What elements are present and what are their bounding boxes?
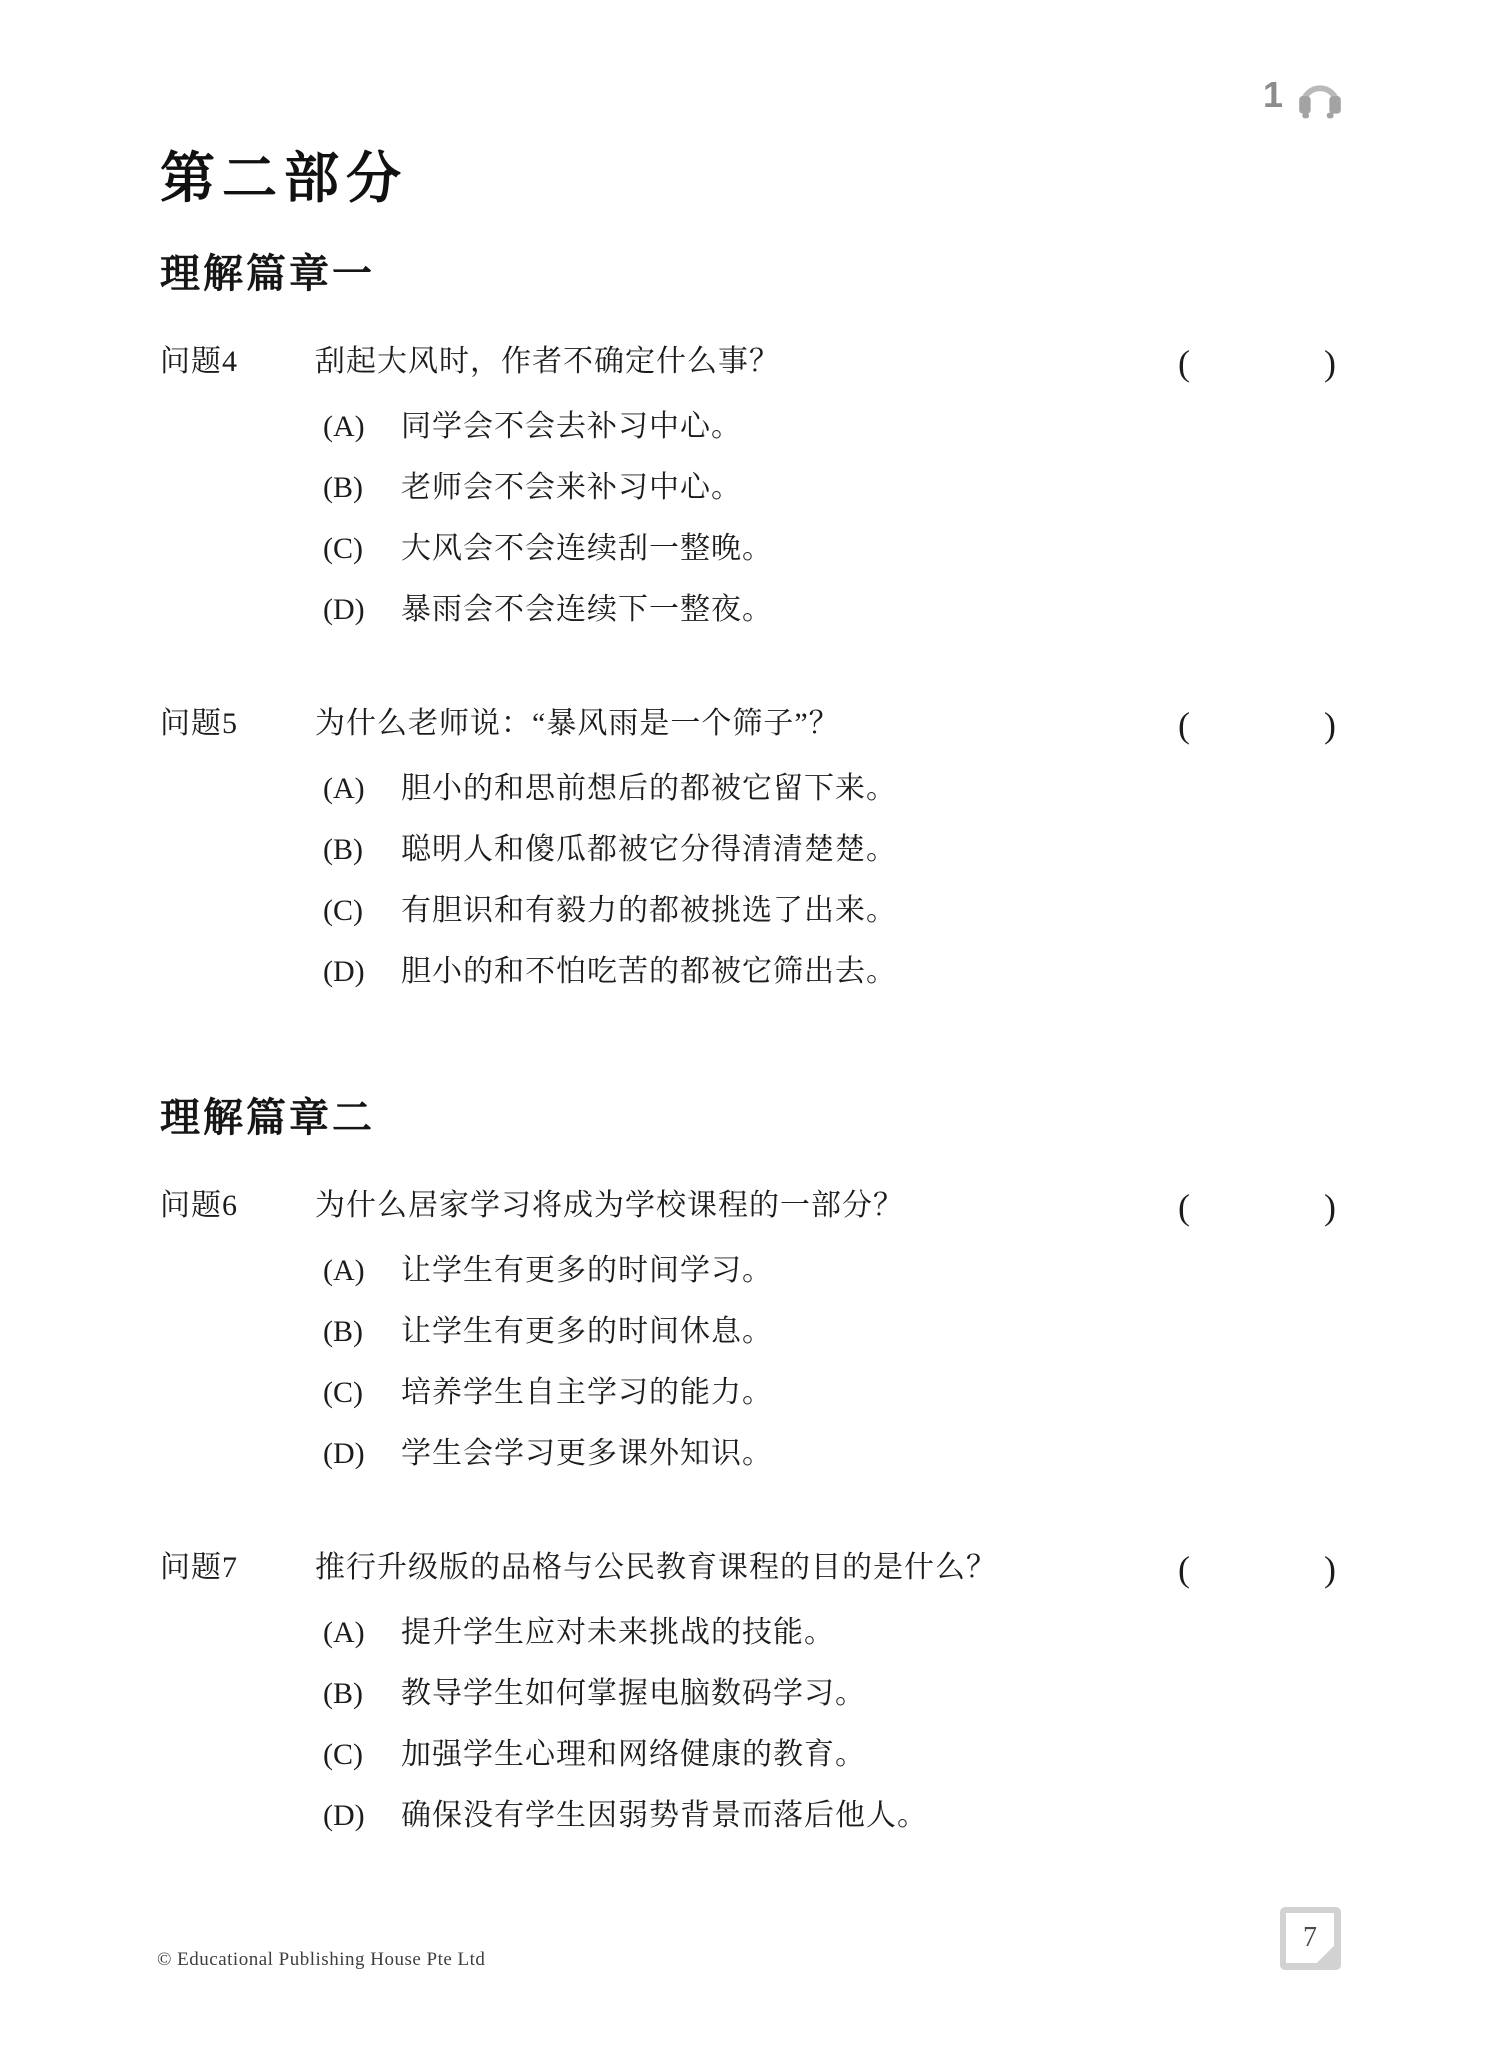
open-paren: ( (1178, 704, 1190, 746)
option-row: (C) 培养学生自主学习的能力。 (323, 1376, 1240, 1410)
option-text: 同学会不会去补习中心。 (401, 410, 742, 444)
option-row: (C) 大风会不会连续刮一整晚。 (323, 532, 1240, 566)
question-4-label: 问题4 (160, 345, 315, 379)
page-corner-fold (1317, 1946, 1334, 1963)
page-number-box: 7 (1280, 1907, 1341, 1970)
option-text: 提升学生应对未来挑战的技能。 (401, 1616, 835, 1650)
question-7-text: 推行升级版的品格与公民教育课程的目的是什么？ (315, 1551, 997, 1585)
option-letter: (A) (323, 772, 401, 806)
option-row: (B) 教导学生如何掌握电脑数码学习。 (323, 1677, 1240, 1711)
option-text: 加强学生心理和网络健康的教育。 (401, 1738, 866, 1772)
page-title: 第二部分 (160, 148, 1240, 209)
option-text: 让学生有更多的时间休息。 (401, 1315, 773, 1349)
option-text: 确保没有学生因弱势背景而落后他人。 (401, 1799, 928, 1833)
question-4-header: 问题4 刮起大风时，作者不确定什么事？ (160, 345, 1240, 379)
option-letter: (C) (323, 1738, 401, 1772)
option-row: (D) 确保没有学生因弱势背景而落后他人。 (323, 1799, 1240, 1833)
option-letter: (B) (323, 471, 401, 505)
close-paren: ) (1324, 1548, 1336, 1590)
option-text: 培养学生自主学习的能力。 (401, 1376, 773, 1410)
option-row: (D) 胆小的和不怕吃苦的都被它筛出去。 (323, 955, 1240, 989)
question-5-options: (A) 胆小的和思前想后的都被它留下来。 (B) 聪明人和傻瓜都被它分得清清楚楚… (323, 772, 1240, 989)
option-row: (D) 暴雨会不会连续下一整夜。 (323, 593, 1240, 627)
page-number-inner: 7 (1286, 1913, 1334, 1963)
option-letter: (C) (323, 1376, 401, 1410)
option-row: (A) 胆小的和思前想后的都被它留下来。 (323, 772, 1240, 806)
option-text: 让学生有更多的时间学习。 (401, 1254, 773, 1288)
page-number: 7 (1303, 1922, 1317, 1954)
option-letter: (B) (323, 1315, 401, 1349)
question-5-header: 问题5 为什么老师说：“暴风雨是一个筛子”？ (160, 707, 1240, 741)
question-7-options: (A) 提升学生应对未来挑战的技能。 (B) 教导学生如何掌握电脑数码学习。 (… (323, 1616, 1240, 1833)
option-text: 教导学生如何掌握电脑数码学习。 (401, 1677, 866, 1711)
option-text: 大风会不会连续刮一整晚。 (401, 532, 773, 566)
question-5-text: 为什么老师说：“暴风雨是一个筛子”？ (315, 707, 840, 741)
option-row: (D) 学生会学习更多课外知识。 (323, 1437, 1240, 1471)
option-letter: (B) (323, 833, 401, 867)
question-6-label: 问题6 (160, 1189, 315, 1223)
option-row: (A) 提升学生应对未来挑战的技能。 (323, 1616, 1240, 1650)
question-4: 问题4 刮起大风时，作者不确定什么事？ ( ) (A) 同学会不会去补习中心。 … (160, 345, 1240, 627)
open-paren: ( (1178, 342, 1190, 384)
question-6-options: (A) 让学生有更多的时间学习。 (B) 让学生有更多的时间休息。 (C) 培养… (323, 1254, 1240, 1471)
option-letter: (A) (323, 410, 401, 444)
option-text: 有胆识和有毅力的都被挑选了出来。 (401, 894, 897, 928)
section-heading-2: 理解篇章二 (160, 1097, 1240, 1139)
exam-page: 1 第二部分 理解篇章一 问题4 刮起大风时，作者不确定什么事？ ( ) (0, 0, 1497, 2048)
option-row: (B) 让学生有更多的时间休息。 (323, 1315, 1240, 1349)
headphones-icon (1295, 70, 1345, 122)
question-5-label: 问题5 (160, 707, 315, 741)
option-row: (A) 让学生有更多的时间学习。 (323, 1254, 1240, 1288)
option-letter: (D) (323, 593, 401, 627)
open-paren: ( (1178, 1186, 1190, 1228)
option-letter: (D) (323, 1799, 401, 1833)
open-paren: ( (1178, 1548, 1190, 1590)
audio-track-number: 1 (1263, 70, 1283, 120)
question-7-label: 问题7 (160, 1551, 315, 1585)
option-letter: (B) (323, 1677, 401, 1711)
question-6: 问题6 为什么居家学习将成为学校课程的一部分？ ( ) (A) 让学生有更多的时… (160, 1189, 1240, 1471)
option-text: 胆小的和思前想后的都被它留下来。 (401, 772, 897, 806)
question-6-answer-blank: ( ) (1178, 1186, 1336, 1228)
close-paren: ) (1324, 704, 1336, 746)
option-row: (A) 同学会不会去补习中心。 (323, 410, 1240, 444)
option-row: (B) 聪明人和傻瓜都被它分得清清楚楚。 (323, 833, 1240, 867)
question-5-answer-blank: ( ) (1178, 704, 1336, 746)
option-row: (C) 加强学生心理和网络健康的教育。 (323, 1738, 1240, 1772)
option-text: 学生会学习更多课外知识。 (401, 1437, 773, 1471)
question-4-options: (A) 同学会不会去补习中心。 (B) 老师会不会来补习中心。 (C) 大风会不… (323, 410, 1240, 627)
option-letter: (D) (323, 955, 401, 989)
close-paren: ) (1324, 1186, 1336, 1228)
option-text: 胆小的和不怕吃苦的都被它筛出去。 (401, 955, 897, 989)
option-letter: (A) (323, 1254, 401, 1288)
option-text: 暴雨会不会连续下一整夜。 (401, 593, 773, 627)
page-content: 第二部分 理解篇章一 问题4 刮起大风时，作者不确定什么事？ ( ) (A) 同… (0, 0, 1240, 1833)
question-4-text: 刮起大风时，作者不确定什么事？ (315, 345, 780, 379)
option-letter: (C) (323, 894, 401, 928)
audio-track-badge: 1 (1263, 70, 1345, 122)
question-4-answer-blank: ( ) (1178, 342, 1336, 384)
option-row: (C) 有胆识和有毅力的都被挑选了出来。 (323, 894, 1240, 928)
option-text: 聪明人和傻瓜都被它分得清清楚楚。 (401, 833, 897, 867)
question-7: 问题7 推行升级版的品格与公民教育课程的目的是什么？ ( ) (A) 提升学生应… (160, 1551, 1240, 1833)
section-heading-1: 理解篇章一 (160, 253, 1240, 295)
question-5: 问题5 为什么老师说：“暴风雨是一个筛子”？ ( ) (A) 胆小的和思前想后的… (160, 707, 1240, 989)
option-letter: (A) (323, 1616, 401, 1650)
option-letter: (D) (323, 1437, 401, 1471)
close-paren: ) (1324, 342, 1336, 384)
question-7-header: 问题7 推行升级版的品格与公民教育课程的目的是什么？ (160, 1551, 1240, 1585)
question-6-header: 问题6 为什么居家学习将成为学校课程的一部分？ (160, 1189, 1240, 1223)
copyright-text: © Educational Publishing House Pte Ltd (157, 1949, 485, 1971)
question-6-text: 为什么居家学习将成为学校课程的一部分？ (315, 1189, 904, 1223)
question-7-answer-blank: ( ) (1178, 1548, 1336, 1590)
option-text: 老师会不会来补习中心。 (401, 471, 742, 505)
option-row: (B) 老师会不会来补习中心。 (323, 471, 1240, 505)
option-letter: (C) (323, 532, 401, 566)
